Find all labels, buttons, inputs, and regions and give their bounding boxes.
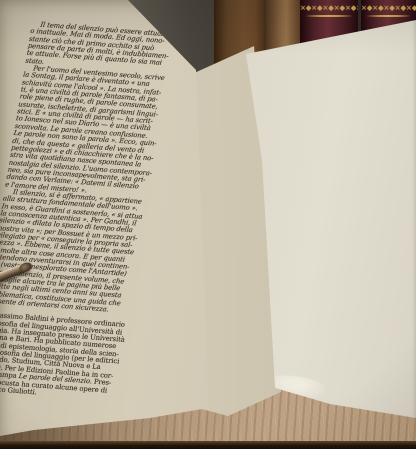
gold-tooling-line [366, 15, 411, 17]
author-bio-text: Massimo Baldini è professore ordinario d… [0, 311, 125, 380]
flap-text-block: Il tema del silenzio può essere attuale … [0, 21, 202, 404]
table-front-edge [0, 441, 416, 449]
gold-tooling-ornament: ×◆×◆×◆×◆×◆×◆×◆× [300, 4, 358, 13]
gold-tooling-ornament: ×◆×◆×◆×◆×◆×◆× [361, 4, 416, 13]
photo-open-book-on-table: ×◆×◆×◆×◆×◆×◆×◆× ×◆×◆×◆×◆×◆×◆× Il tema de… [0, 0, 416, 449]
author-bio-paragraph: Massimo Baldini è professore ordinario d… [0, 312, 154, 405]
flap-paragraph-3: Il silenzio, si è affermato, « appartien… [0, 188, 174, 317]
flap-paragraph-2: Per l'uomo del ventesimo secolo, scrive … [5, 65, 195, 201]
gold-tooling-line [305, 15, 353, 17]
